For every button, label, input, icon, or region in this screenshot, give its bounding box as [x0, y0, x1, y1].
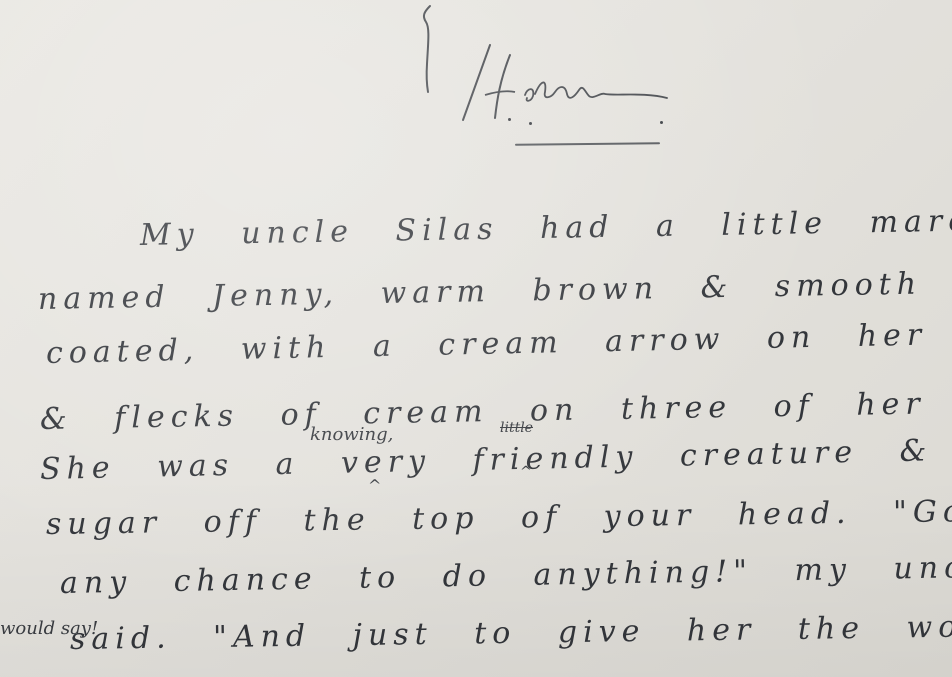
manuscript-line-1: My uncle Silas had a little mare: [140, 203, 952, 253]
caret-mark: ^: [520, 464, 532, 480]
struck-word: little: [500, 420, 533, 436]
manuscript-line-2: named Jenny, warm brown & smooth -: [38, 266, 952, 317]
manuscript-page: My uncle Silas had a little mare named J…: [0, 0, 952, 677]
manuscript-line-8: said. "And just to give her the word.: [70, 609, 952, 657]
bracket-mark-icon: [418, 4, 438, 94]
manuscript-line-4: & flecks of cream on three of her feet.: [40, 384, 952, 437]
signature: [455, 40, 685, 130]
manuscript-line-7: any chance to do anything!" my uncle Sil…: [60, 547, 952, 601]
insertion-knowing: knowing,: [310, 424, 393, 445]
manuscript-line-3: coated, with a cream arrow on her forehe…: [46, 313, 952, 371]
caret-mark: ^: [368, 476, 381, 495]
signature-underline: [515, 142, 660, 146]
margin-insertion: would say!: [0, 618, 98, 639]
manuscript-line-5: She was a very friendly creature & took: [40, 431, 952, 487]
manuscript-line-6: sugar off the top of your head. "Goo: [46, 494, 952, 542]
